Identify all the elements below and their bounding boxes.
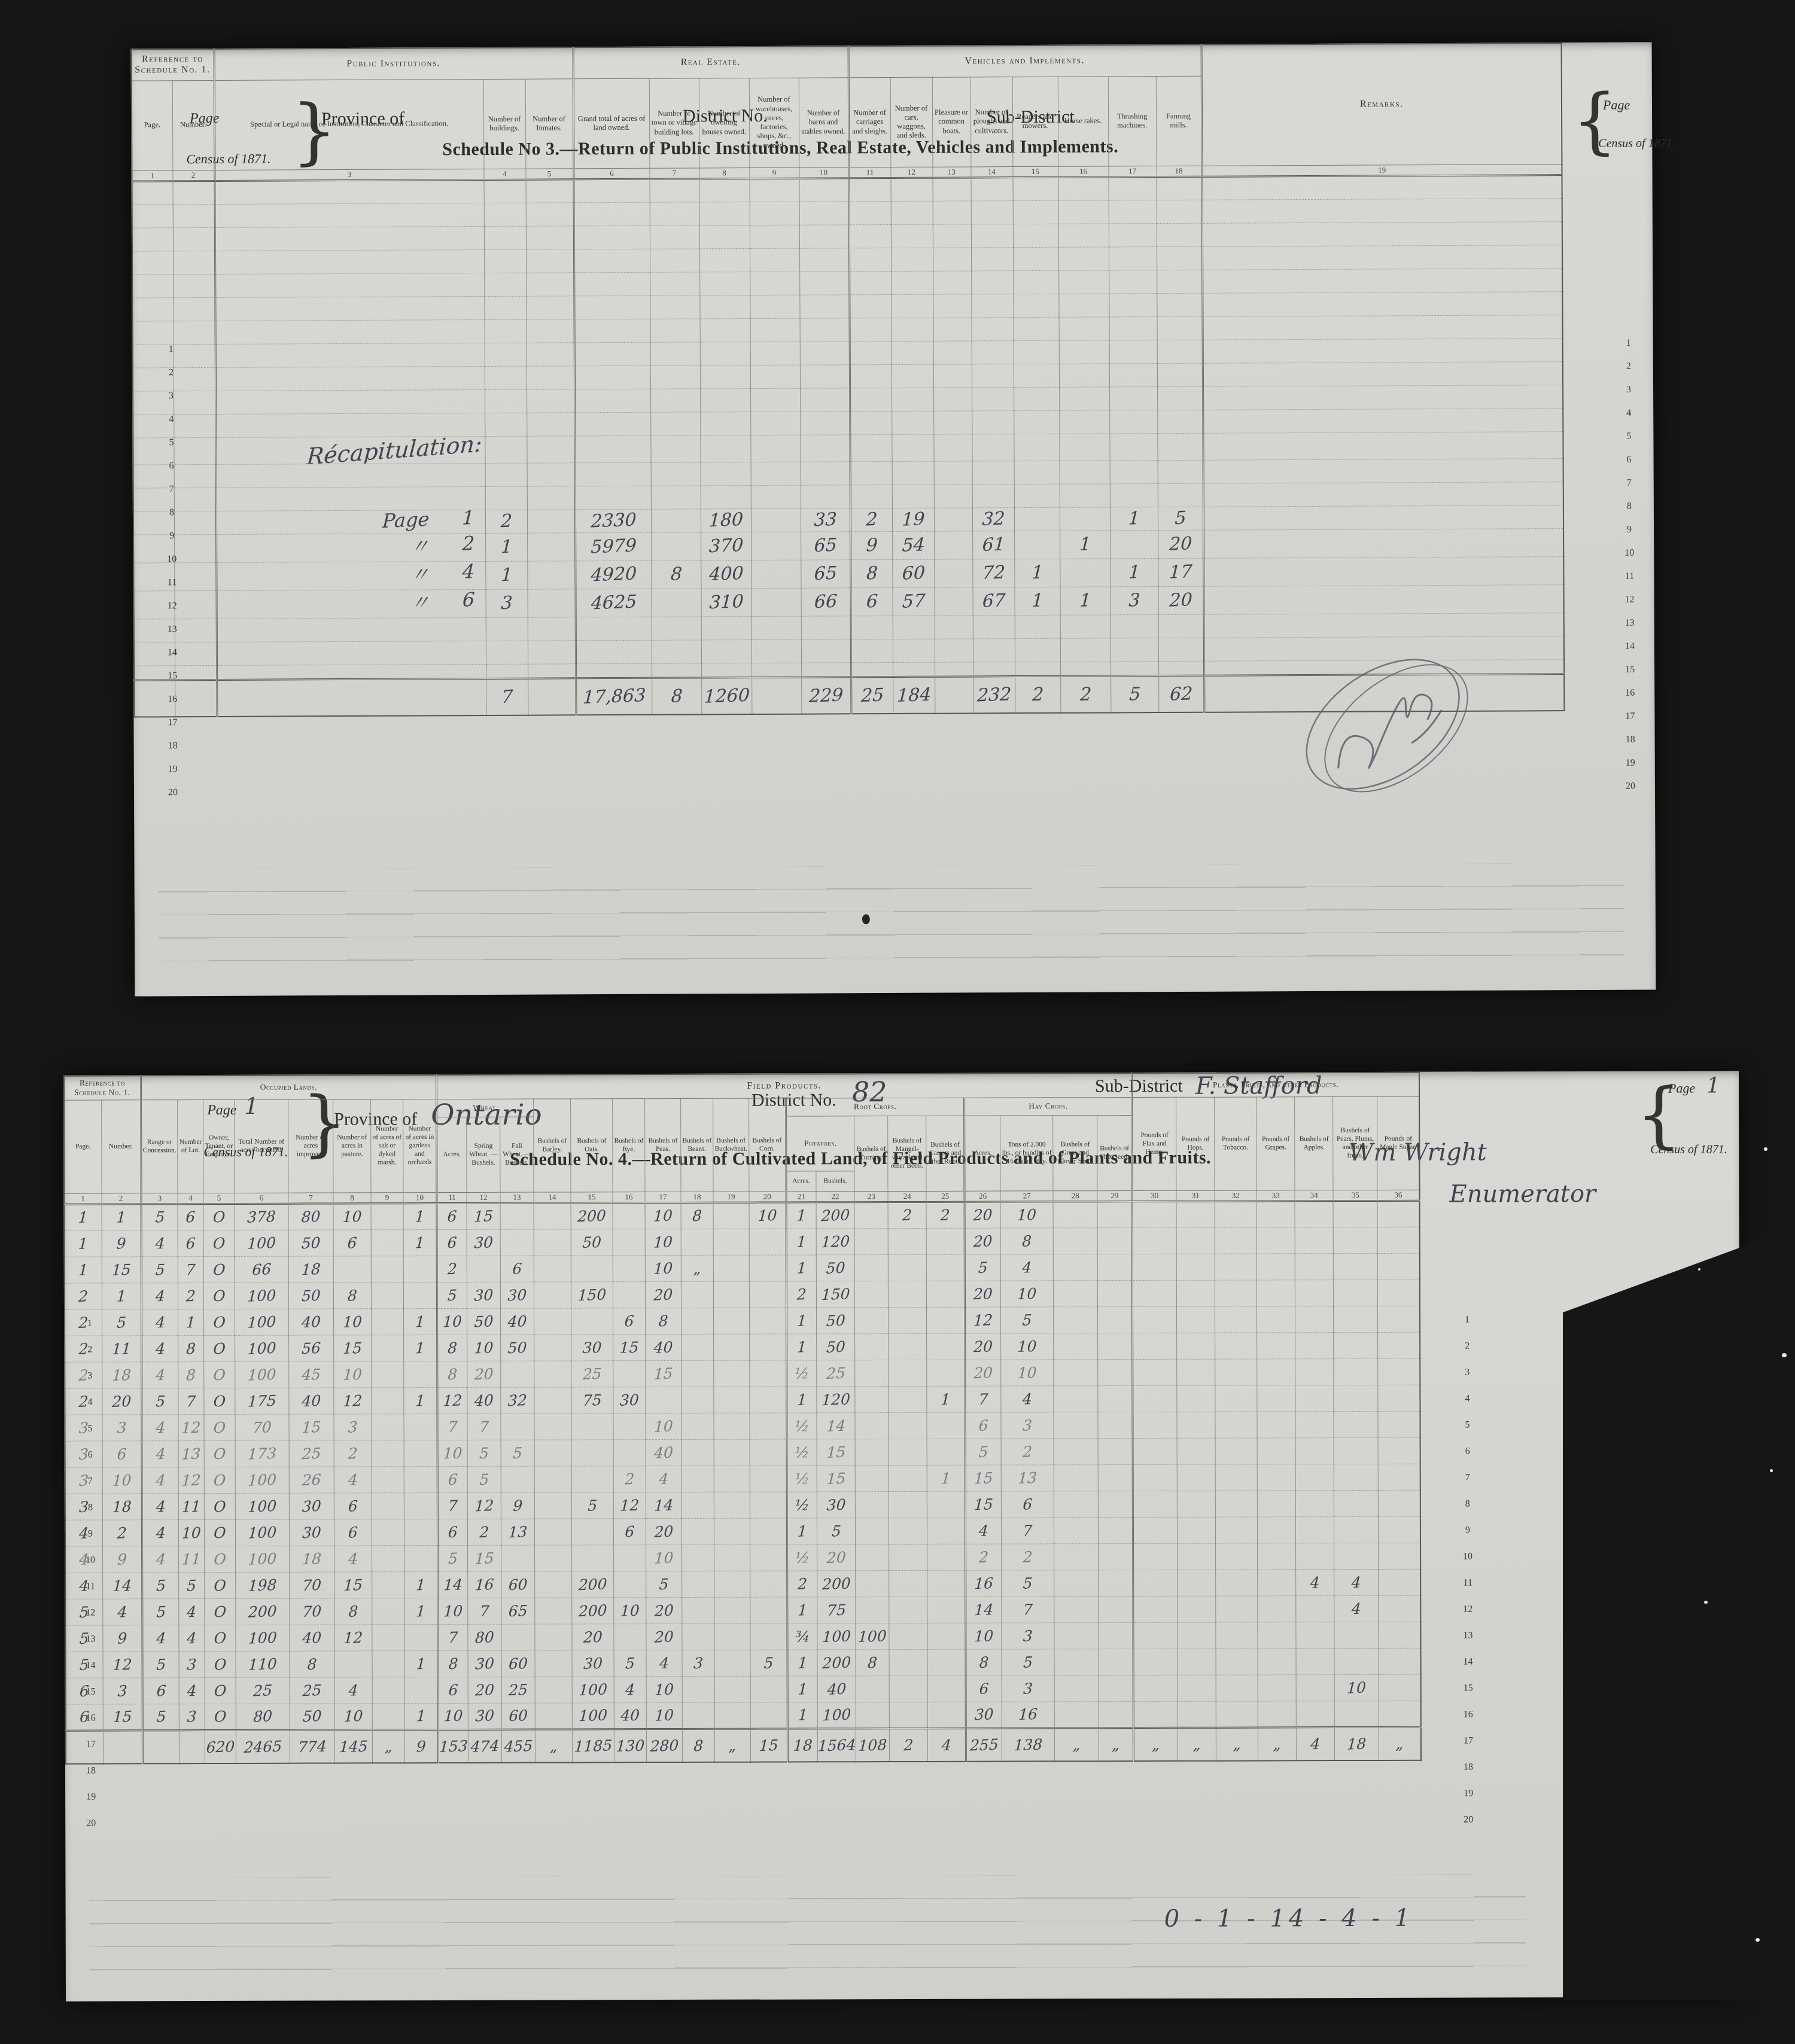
cell: 60 — [501, 1571, 535, 1598]
row-number: 1 — [163, 344, 179, 355]
data-value-handwritten: 4 — [142, 1471, 179, 1489]
data-value-handwritten: 8 — [178, 1366, 204, 1384]
data-value-handwritten: O — [204, 1470, 235, 1489]
cell — [571, 1439, 613, 1466]
cell: 1 — [404, 1598, 438, 1624]
data-value-handwritten: 15 — [966, 1469, 1001, 1487]
data-value-handwritten: 6 — [966, 1679, 1002, 1698]
cell — [1098, 1306, 1133, 1333]
cell: 3 — [334, 1414, 372, 1440]
data-value-handwritten: 7 — [467, 1417, 501, 1436]
col-header-turnips: Bushels of Turnips. — [854, 1116, 888, 1191]
cell — [527, 462, 575, 486]
data-value-handwritten: 5 — [1001, 1310, 1054, 1329]
data-value-handwritten: 5 — [142, 1655, 179, 1674]
recap-value-handwritten: 9 — [851, 534, 892, 557]
cell — [1157, 410, 1203, 433]
cell — [175, 680, 217, 717]
data-value-handwritten: ½ — [787, 1364, 816, 1382]
cell: 2 — [1015, 676, 1060, 713]
cell — [650, 295, 699, 318]
cell — [1258, 1622, 1296, 1648]
cell — [1202, 221, 1562, 246]
cell — [749, 1229, 786, 1255]
cell: 6 — [102, 1440, 142, 1467]
cell: 150 — [571, 1281, 613, 1308]
cell: 10 — [614, 1597, 646, 1623]
data-value-handwritten: O — [203, 1208, 235, 1226]
cell: 26 — [289, 1466, 334, 1492]
cell — [613, 1255, 645, 1281]
cell — [751, 485, 801, 508]
cell — [855, 1254, 889, 1281]
cell — [1132, 1201, 1176, 1227]
cell: 4 — [142, 1440, 179, 1467]
cell — [749, 1360, 786, 1387]
data-value-handwritten: 4 — [180, 1681, 205, 1700]
cell — [650, 365, 700, 388]
recap-value-handwritten: 32 — [972, 508, 1014, 531]
data-value-handwritten: 10 — [334, 1365, 372, 1384]
col-header-acres_owned: Grand total of acres of land owned. — [573, 78, 650, 169]
recap-value-handwritten: 6 — [851, 590, 892, 613]
data-value-handwritten: „ — [681, 1259, 713, 1277]
cell: 2 — [1002, 1543, 1054, 1570]
cell: O — [203, 1256, 235, 1283]
data-value-handwritten: O — [204, 1444, 235, 1463]
data-value-handwritten: 100 — [235, 1286, 288, 1305]
cell — [714, 1650, 750, 1676]
row-number: 18 — [165, 741, 181, 751]
cell — [175, 642, 217, 665]
cell — [849, 201, 891, 224]
cell: 200 — [572, 1597, 614, 1623]
row-number: 11 — [164, 577, 180, 588]
right-page-value-handwritten: 1 — [1706, 1073, 1720, 1098]
cell — [855, 1333, 889, 1360]
cell: 8 — [178, 1361, 204, 1388]
cell — [927, 1649, 966, 1676]
col-number: 26 — [965, 1191, 1000, 1202]
cell: 40 — [646, 1439, 682, 1466]
cell — [1060, 661, 1111, 675]
cell: 8 — [178, 1335, 204, 1361]
row-number: 5 — [83, 1424, 98, 1434]
cell — [1099, 1570, 1133, 1596]
cell — [527, 319, 574, 342]
row-number: 17 — [83, 1740, 99, 1750]
cell — [892, 318, 933, 341]
cell — [889, 1544, 927, 1570]
total-value-handwritten: 1185 — [572, 1737, 614, 1756]
cell: 1 — [102, 1283, 141, 1309]
col-header-owner: Owner, Tenant, or Employe. — [203, 1099, 235, 1193]
cell — [1060, 483, 1110, 507]
cell — [571, 1413, 613, 1439]
cell: 5 — [965, 1254, 1001, 1281]
col-number: 2 — [101, 1193, 141, 1204]
data-value-handwritten: 30 — [289, 1497, 334, 1516]
cell: 4 — [334, 1545, 372, 1571]
cell — [650, 318, 700, 342]
cell — [527, 342, 574, 365]
cell — [174, 391, 215, 414]
cell — [889, 1465, 927, 1491]
cell: 30 — [290, 1519, 334, 1545]
cell — [1054, 1306, 1098, 1333]
data-value-handwritten: 9 — [102, 1550, 141, 1568]
cell — [217, 641, 486, 665]
cell — [574, 272, 650, 296]
cell — [1295, 1411, 1334, 1437]
data-value-handwritten: 1 — [102, 1287, 141, 1305]
cell: „ — [535, 1729, 572, 1762]
row-number: 16 — [1461, 1709, 1476, 1720]
data-value-handwritten: 40 — [614, 1706, 646, 1725]
cell — [1059, 316, 1109, 340]
cell — [1334, 1306, 1378, 1332]
col-number: 27 — [1000, 1190, 1053, 1201]
cell — [752, 639, 801, 663]
cell: 12 — [467, 1492, 501, 1519]
cell: 100 — [235, 1283, 288, 1309]
cell — [889, 1333, 927, 1360]
data-value-handwritten: 5 — [142, 1392, 178, 1411]
data-value-handwritten: 7 — [468, 1601, 501, 1620]
data-value-handwritten: 4 — [102, 1603, 141, 1621]
dust-speck — [1704, 1601, 1708, 1604]
data-value-handwritten: 14 — [439, 1576, 468, 1594]
cell — [173, 204, 215, 227]
cell: 20 — [817, 1544, 856, 1570]
cell — [750, 435, 800, 462]
col-header-lot: Number of Lot. — [178, 1099, 203, 1193]
cell — [484, 203, 526, 226]
col-header-hay_acres: Acres. — [965, 1116, 1000, 1191]
row-number: 12 — [165, 601, 180, 611]
cell — [484, 179, 526, 203]
cell: 1 — [1014, 559, 1060, 587]
data-value-handwritten: 2 — [65, 1287, 102, 1305]
table-row: 1946O100506163050101120208 — [65, 1227, 1420, 1257]
cell — [527, 412, 574, 435]
cell: 4 — [1296, 1569, 1334, 1595]
cell: 200 — [572, 1571, 614, 1597]
data-value-handwritten: 4 — [142, 1497, 179, 1516]
cell — [800, 411, 850, 434]
col-header-total_acres: Total Number of acres occupied. — [235, 1099, 288, 1193]
cell: 10 — [749, 1202, 786, 1229]
cell — [933, 200, 971, 224]
data-value-handwritten: 66 — [235, 1260, 288, 1279]
cell: 6 — [334, 1492, 372, 1519]
cell — [1060, 507, 1110, 530]
cell — [534, 1308, 571, 1334]
col-header-rye: Bushels of Rye. — [613, 1098, 645, 1192]
cell: 6 — [437, 1466, 467, 1492]
data-value-handwritten: O — [205, 1655, 236, 1673]
data-value-handwritten: 80 — [236, 1707, 290, 1726]
row-number: 11 — [83, 1582, 98, 1592]
data-value-handwritten: 2 — [437, 1260, 467, 1278]
data-value-handwritten: ½ — [787, 1469, 817, 1488]
cell — [1054, 1385, 1098, 1412]
cell: 15 — [646, 1360, 682, 1387]
cell — [699, 248, 750, 272]
data-value-handwritten: 60 — [501, 1654, 535, 1673]
cell — [574, 435, 650, 463]
cell — [1202, 198, 1562, 223]
data-value-handwritten: 10 — [439, 1602, 468, 1620]
cell: 5 — [614, 1650, 646, 1676]
cell — [1202, 245, 1562, 270]
cell: 15 — [817, 1439, 856, 1465]
cell — [650, 342, 700, 365]
cell — [1099, 1543, 1133, 1570]
data-value-handwritten: 12 — [334, 1391, 372, 1410]
data-value-handwritten: 30 — [500, 1286, 534, 1304]
cell: 〃6 — [217, 589, 486, 619]
cell: 100 — [817, 1702, 856, 1728]
data-value-handwritten: 15 — [467, 1207, 500, 1226]
cell — [699, 295, 750, 318]
cell: O — [203, 1283, 235, 1309]
cell — [1060, 614, 1111, 638]
cell — [927, 1281, 965, 1307]
cell: 20 — [572, 1623, 614, 1650]
cell — [849, 271, 891, 294]
cell: 7 — [468, 1598, 501, 1624]
cell — [701, 639, 752, 663]
cell — [403, 1256, 437, 1282]
cell: 2 — [178, 1283, 204, 1309]
cell: 6 — [178, 1230, 204, 1256]
cell: 2 — [102, 1519, 142, 1546]
cell: 30 — [467, 1282, 500, 1308]
cell: 5 — [1002, 1649, 1054, 1675]
cell — [1054, 1491, 1099, 1517]
total-value-handwritten: 9 — [404, 1737, 437, 1756]
cell — [372, 1545, 404, 1571]
cell: 20 — [965, 1281, 1001, 1307]
cell: „ — [1216, 1727, 1258, 1760]
blank-ruled-area — [159, 863, 1625, 983]
cell — [1133, 1570, 1178, 1596]
cell — [1295, 1385, 1334, 1411]
data-value-handwritten: 40 — [646, 1338, 682, 1356]
recap-value-handwritten: 67 — [972, 590, 1014, 613]
recap-value-handwritten: 20 — [1158, 532, 1203, 555]
data-value-handwritten: 10 — [1334, 1678, 1379, 1697]
cell — [682, 1597, 714, 1623]
cell — [1058, 246, 1109, 270]
data-value-handwritten: 9 — [102, 1629, 141, 1647]
cell: 8 — [290, 1650, 334, 1677]
cell — [1133, 1359, 1177, 1385]
col-number: 2 — [172, 170, 214, 181]
cell — [535, 1597, 572, 1623]
cell: 130 — [614, 1729, 646, 1762]
cell: 20 — [646, 1597, 682, 1623]
cell: 6 — [850, 587, 892, 616]
cell — [972, 317, 1014, 340]
data-value-handwritten: 20 — [817, 1548, 856, 1567]
cell: ½ — [787, 1439, 817, 1465]
data-value-handwritten: 40 — [501, 1312, 534, 1330]
cell — [174, 534, 216, 562]
data-value-handwritten: 2 — [334, 1444, 372, 1463]
data-value-handwritten: 6 — [102, 1445, 141, 1463]
cell — [613, 1229, 645, 1255]
cell: 198 — [236, 1572, 290, 1598]
data-value-handwritten: 12 — [102, 1655, 141, 1674]
data-value-handwritten: O — [205, 1681, 236, 1699]
cell — [801, 616, 851, 639]
cell — [1097, 1227, 1132, 1254]
cell: 20 — [645, 1281, 681, 1308]
col-number: 19 — [713, 1192, 749, 1202]
cell — [700, 365, 750, 388]
cell — [1334, 1411, 1378, 1437]
cell: 10 — [645, 1229, 681, 1255]
cell — [1058, 223, 1109, 246]
cell: 40 — [467, 1387, 501, 1414]
cell: 774 — [290, 1729, 334, 1763]
cell — [714, 1571, 750, 1597]
cell: 9 — [102, 1625, 142, 1651]
cell: 180 — [701, 508, 751, 532]
cell — [173, 274, 215, 297]
cell — [485, 366, 527, 389]
cell — [1158, 614, 1204, 638]
cell — [1109, 270, 1157, 293]
cell: 〃4 — [216, 561, 485, 590]
col-header-spring_wheat: Spring Wheat. — Bushels. — [467, 1117, 500, 1192]
cell: 2 — [926, 1202, 965, 1228]
cell — [1014, 434, 1059, 461]
cell — [700, 388, 750, 412]
cell — [1109, 246, 1157, 270]
cell — [682, 1545, 714, 1571]
cell — [927, 1597, 966, 1623]
data-value-handwritten: 50 — [288, 1286, 333, 1305]
cell — [404, 1466, 437, 1492]
cell — [1203, 408, 1563, 433]
cell: 60 — [501, 1650, 535, 1677]
cell — [501, 1361, 534, 1387]
cell — [1099, 1622, 1133, 1649]
cell: 8 — [438, 1650, 468, 1677]
cell — [174, 414, 215, 437]
cell — [372, 1677, 404, 1703]
cell — [856, 1676, 889, 1702]
cell — [1178, 1543, 1216, 1570]
cell: 200 — [571, 1202, 613, 1229]
data-value-handwritten: 25 — [290, 1681, 334, 1700]
cell — [1295, 1332, 1334, 1358]
cell — [1334, 1280, 1378, 1306]
data-value-handwritten: ½ — [787, 1443, 817, 1461]
cell — [1215, 1227, 1256, 1253]
data-value-handwritten: 1 — [788, 1653, 817, 1672]
cell — [1133, 1464, 1177, 1491]
cell — [1296, 1648, 1334, 1674]
data-value-handwritten: 30 — [467, 1286, 500, 1304]
data-value-handwritten: 12 — [467, 1496, 501, 1515]
cell — [934, 507, 972, 531]
cell: 7 — [437, 1492, 467, 1519]
cell — [889, 1676, 927, 1702]
cell — [1203, 385, 1563, 410]
cell: 370 — [701, 532, 751, 560]
cell — [1014, 461, 1060, 484]
cell — [1257, 1306, 1295, 1332]
cell — [1257, 1280, 1295, 1306]
data-value-handwritten: 200 — [571, 1207, 613, 1226]
data-value-handwritten: 2 — [102, 1524, 141, 1542]
data-value-handwritten: 10 — [179, 1524, 205, 1542]
cell: 280 — [646, 1729, 682, 1762]
col-header-oats: Bushels of Oats. — [571, 1098, 613, 1192]
data-value-handwritten: 4 — [646, 1653, 682, 1672]
cell: 13 — [1002, 1464, 1054, 1491]
col-header-reapers: Reapers and mowers. — [1012, 77, 1058, 166]
data-value-handwritten: 6 — [178, 1208, 203, 1226]
col-number: 30 — [1132, 1190, 1176, 1201]
data-value-handwritten: 14 — [966, 1600, 1002, 1619]
data-value-handwritten: 7 — [178, 1392, 204, 1411]
cell: 50 — [288, 1229, 333, 1256]
census-scan-page: { "schedule3": { "header": { "page_label… — [0, 0, 1795, 2044]
cell — [971, 270, 1013, 294]
cell: 40 — [646, 1334, 682, 1360]
data-value-handwritten: 8 — [1000, 1231, 1053, 1250]
row-number: 16 — [83, 1713, 99, 1724]
cell: 50 — [816, 1333, 855, 1360]
col-header-boats: Pleasure or common boats. — [932, 77, 971, 166]
data-value-handwritten: 10 — [614, 1601, 646, 1620]
cell — [1379, 1648, 1420, 1674]
col-number: 6 — [573, 168, 649, 179]
row-number: 3 — [1459, 1367, 1475, 1378]
col-header-beets: Bushels of Mangel-wurzel and other Beets… — [888, 1116, 926, 1191]
cell — [972, 410, 1014, 434]
cell — [1133, 1622, 1178, 1649]
cell: 7 — [486, 678, 528, 715]
cell: 32 — [501, 1387, 534, 1414]
cell — [856, 1702, 890, 1728]
col-header-grapes: Pounds of Grapes. — [1256, 1096, 1295, 1190]
cell — [933, 434, 972, 461]
cell: 13 — [501, 1519, 534, 1545]
data-value-handwritten: 6 — [500, 1259, 534, 1278]
cell — [1295, 1464, 1334, 1490]
cell: 10 — [646, 1676, 682, 1702]
cell: 65 — [801, 531, 850, 559]
cell — [371, 1203, 403, 1229]
total-value-handwritten: 5 — [1111, 683, 1158, 705]
cell — [889, 1491, 927, 1518]
cell — [1109, 340, 1157, 363]
cell: 3 — [103, 1677, 142, 1704]
cell — [1257, 1358, 1295, 1385]
col-header-hay_tons: Tons of 2,000 lbs., or bundles of 16 lbs… — [1000, 1115, 1053, 1190]
data-value-handwritten: 30 — [467, 1233, 500, 1251]
cell: 12 — [334, 1624, 372, 1650]
recap-line-label: Page1 — [217, 510, 485, 534]
data-value-handwritten: 6 — [142, 1681, 179, 1700]
data-value-handwritten: ½ — [787, 1417, 816, 1435]
